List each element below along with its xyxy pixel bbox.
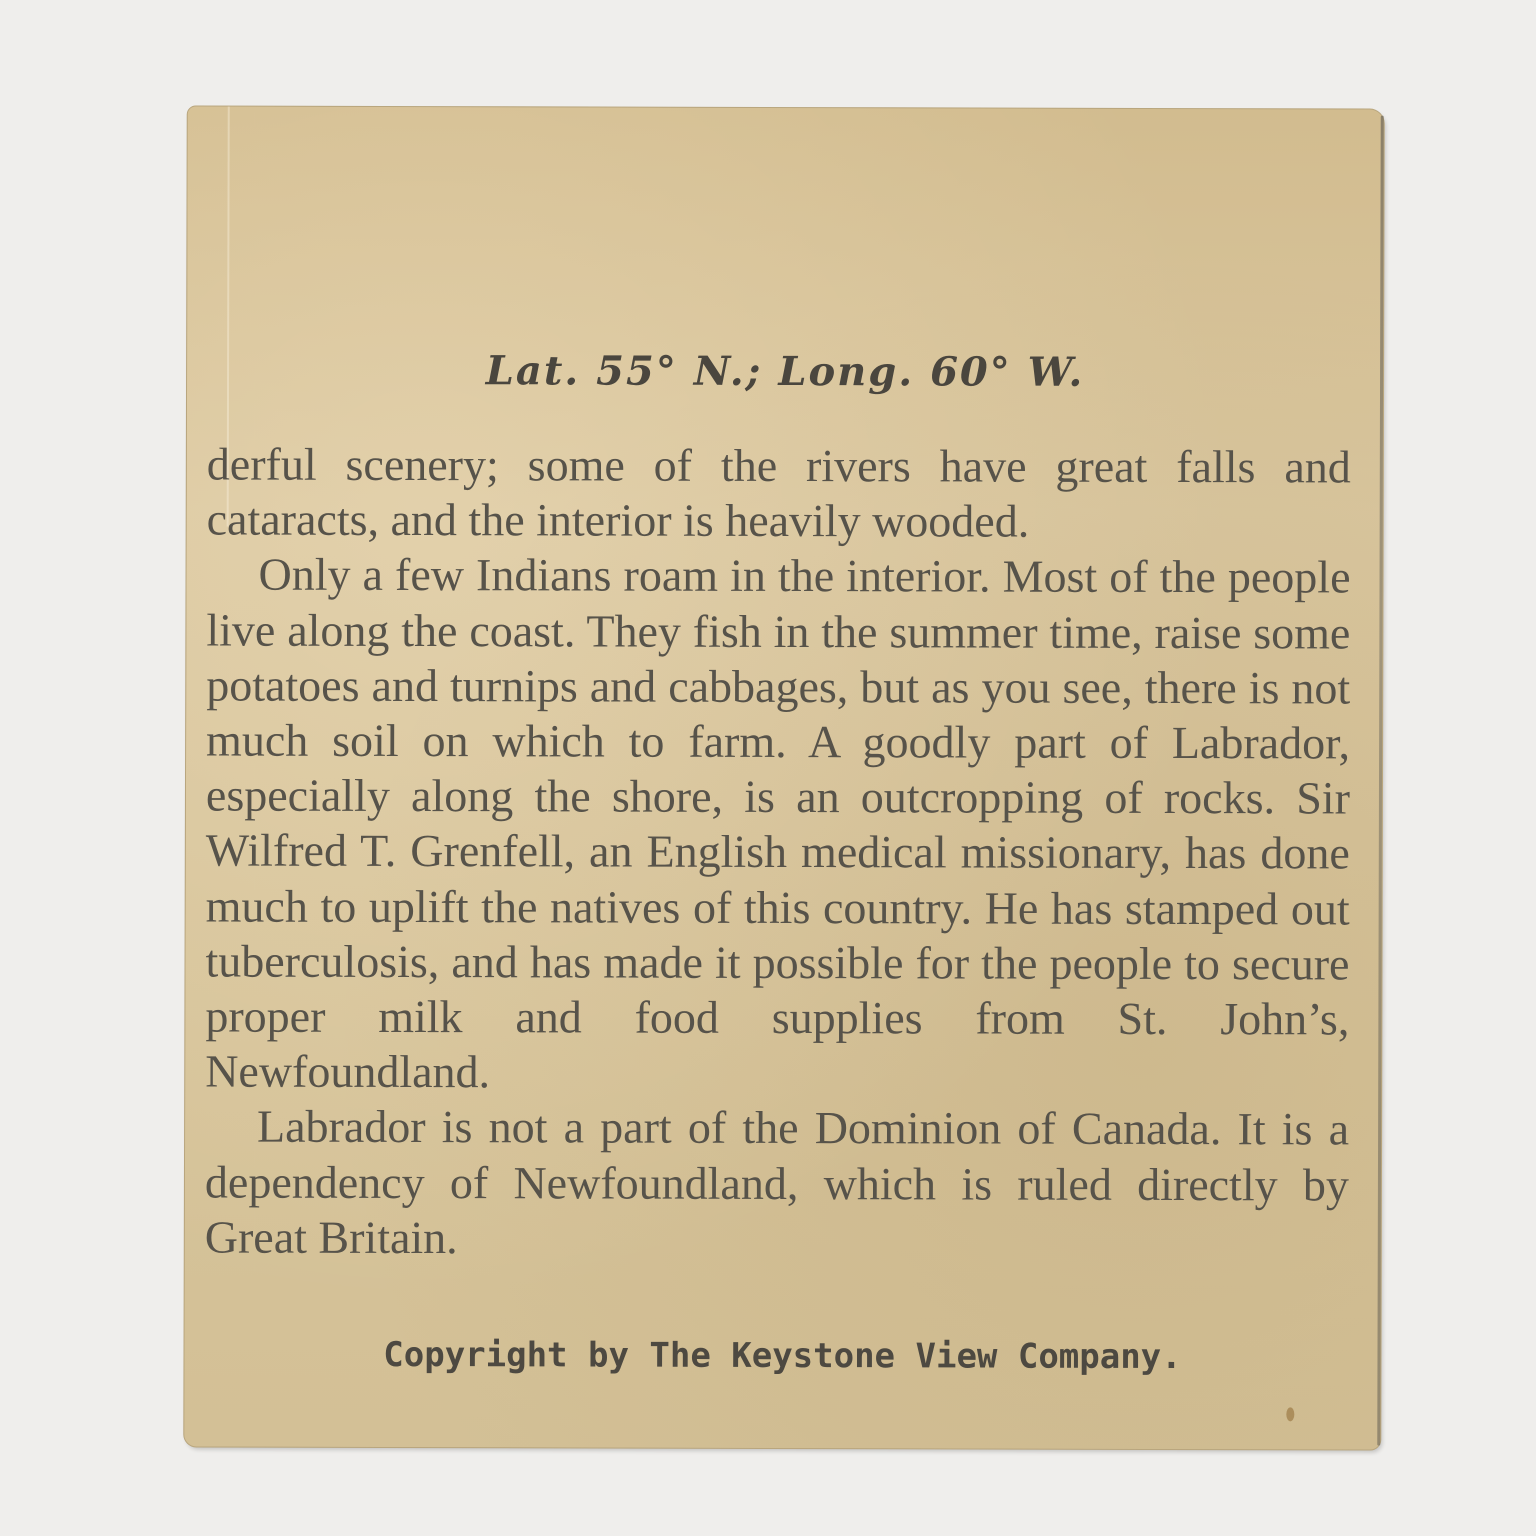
stain-spot [1286, 1407, 1294, 1421]
card-body-text [207, 334, 1351, 337]
stereoview-card-back: Lat. 55° N.; Long. 60° W. derful scenery… [184, 106, 1384, 1449]
paragraph-dependency: Labrador is not a part of the Dominion o… [205, 1099, 1349, 1268]
copyright-notice: Copyright by The Keystone View Company. [184, 1334, 1380, 1377]
paragraph-continuation: derful scenery; some of the rivers have … [207, 436, 1351, 549]
paragraph-people: Only a few Indians roam in the interior.… [205, 547, 1350, 1102]
coordinates-heading: Lat. 55° N.; Long. 60° W. [187, 346, 1383, 396]
card-description: derful scenery; some of the rivers have … [205, 436, 1351, 1267]
